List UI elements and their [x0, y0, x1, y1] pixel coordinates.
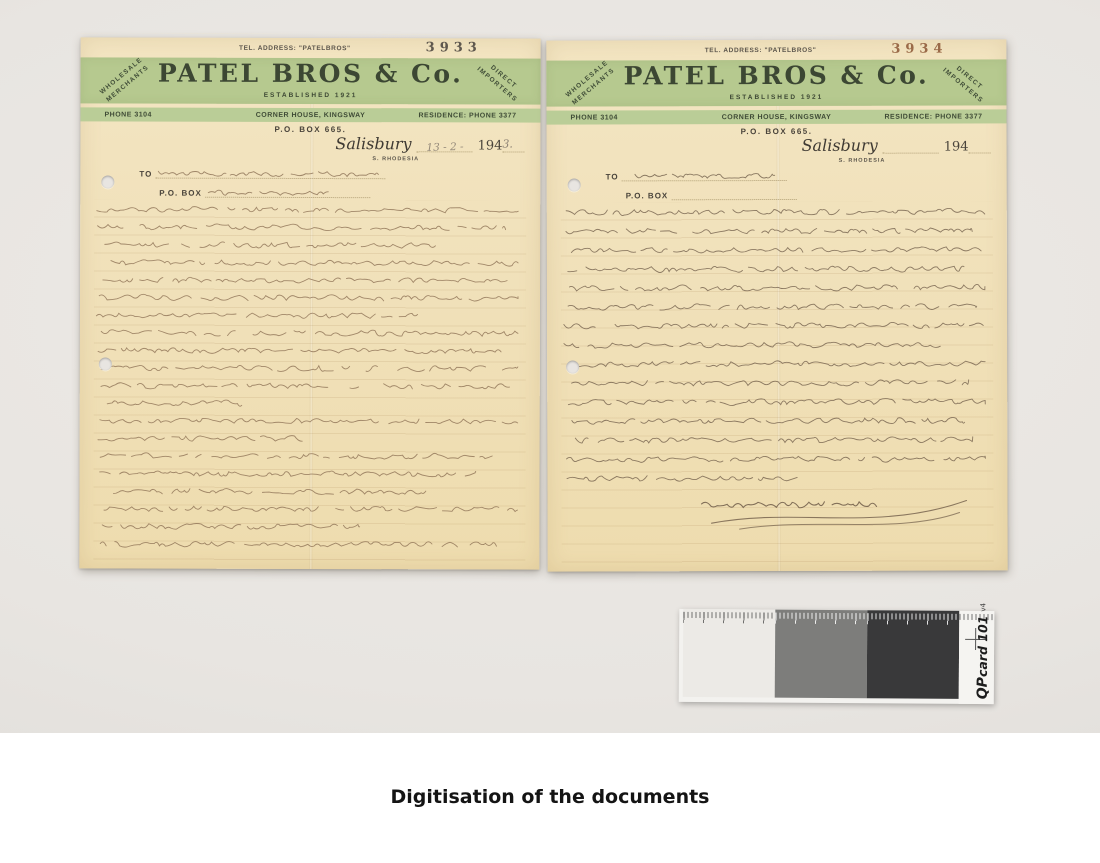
gray-patch: [775, 610, 868, 699]
letterhead-logo-band: WHOLESALE MERCHANTS PATEL BROS & Co. EST…: [546, 59, 1006, 106]
punch-hole: [568, 179, 581, 192]
card-brand-rest: card 101: [975, 615, 990, 677]
card-brand-text: QPcard 101 v4: [975, 603, 992, 699]
established-label: ESTABLISHED 1921: [81, 91, 541, 99]
po-box-label: P.O. BOX: [159, 189, 202, 198]
po-box-label: P.O. BOX: [626, 191, 669, 200]
document-right: TEL. ADDRESS: "PATELBROS" 3934 WHOLESALE…: [546, 39, 1007, 571]
black-patch: [867, 610, 960, 699]
phone-label: PHONE 3104: [104, 111, 225, 118]
serial-number: 3934: [891, 42, 947, 57]
handwritten-body: [93, 199, 526, 561]
card-label-strip: QPcard 101 v4: [959, 611, 995, 704]
handwritten-date: 13 - 2 -: [426, 141, 464, 154]
letterhead-address-band: PHONE 3104 CORNER HOUSE, KINGSWAY RESIDE…: [546, 109, 1006, 124]
handwritten-year: [969, 138, 991, 153]
photo-background: TEL. ADDRESS: "PATELBROS" 3933 WHOLESALE…: [0, 0, 1100, 733]
to-row: TO: [139, 165, 385, 180]
date-row: Salisbury 13 - 2 - 194 3.: [335, 136, 524, 152]
date-row: Salisbury 194: [802, 137, 991, 153]
gray-scale-patches: [683, 609, 960, 699]
region-label: S. RHODESIA: [839, 158, 886, 164]
letterhead-top-strip: TEL. ADDRESS: "PATELBROS" 3934: [546, 39, 1006, 60]
tel-address: TEL. ADDRESS: "PATELBROS": [705, 47, 817, 54]
date-dotted-line: 13 - 2 -: [417, 137, 473, 152]
punch-hole: [99, 357, 112, 370]
po-box-handwritten-value: [671, 186, 796, 200]
punch-hole: [101, 175, 114, 188]
to-handwritten-name: [155, 165, 385, 180]
po-box-row: P.O. BOX: [159, 184, 370, 199]
phone-label: PHONE 3104: [570, 114, 691, 121]
to-label: TO: [139, 170, 152, 179]
street-address: CORNER HOUSE, KINGSWAY: [692, 113, 862, 120]
date-dotted-line: [883, 139, 939, 154]
printed-year: 194: [944, 140, 969, 153]
to-row: TO: [606, 167, 787, 181]
serial-number: 3933: [426, 40, 482, 55]
residence-phone-label: RESIDENCE: PHONE 3377: [395, 112, 516, 119]
caption: Digitisation of the documents: [0, 786, 1100, 808]
residence-phone-label: RESIDENCE: PHONE 3377: [861, 113, 982, 120]
document-left: TEL. ADDRESS: "PATELBROS" 3933 WHOLESALE…: [79, 37, 540, 569]
po-box-handwritten-value: [205, 184, 370, 198]
company-name: PATEL BROS & Co.: [81, 58, 541, 88]
handwritten-body: [561, 201, 994, 563]
to-label: TO: [606, 172, 619, 181]
established-label: ESTABLISHED 1921: [546, 93, 1006, 101]
letterhead-logo-band: WHOLESALE MERCHANTS PATEL BROS & Co. EST…: [81, 57, 541, 104]
tel-address: TEL. ADDRESS: "PATELBROS": [239, 45, 351, 52]
letterhead-top-strip: TEL. ADDRESS: "PATELBROS" 3933: [81, 37, 541, 58]
po-box-665: P.O. BOX 665.: [547, 126, 1007, 136]
punch-hole: [566, 361, 579, 374]
handwritten-year: 3.: [502, 138, 524, 153]
company-name: PATEL BROS & Co.: [546, 60, 1006, 90]
caption-band: Digitisation of the documents: [0, 733, 1100, 863]
to-handwritten-name: [622, 167, 787, 181]
city-name: Salisbury: [335, 136, 416, 152]
white-patch: [683, 609, 776, 698]
card-version: v4: [979, 603, 987, 612]
street-address: CORNER HOUSE, KINGSWAY: [226, 111, 396, 118]
region-label: S. RHODESIA: [372, 156, 419, 162]
calibration-card: QPcard 101 v4: [679, 609, 995, 704]
letterhead-address-band: PHONE 3104 CORNER HOUSE, KINGSWAY RESIDE…: [80, 107, 540, 122]
printed-year: 194: [478, 139, 503, 152]
po-box-row: P.O. BOX: [626, 186, 797, 200]
city-name: Salisbury: [802, 138, 883, 154]
po-box-665: P.O. BOX 665.: [80, 124, 540, 134]
card-brand-qp: QP: [975, 677, 991, 699]
